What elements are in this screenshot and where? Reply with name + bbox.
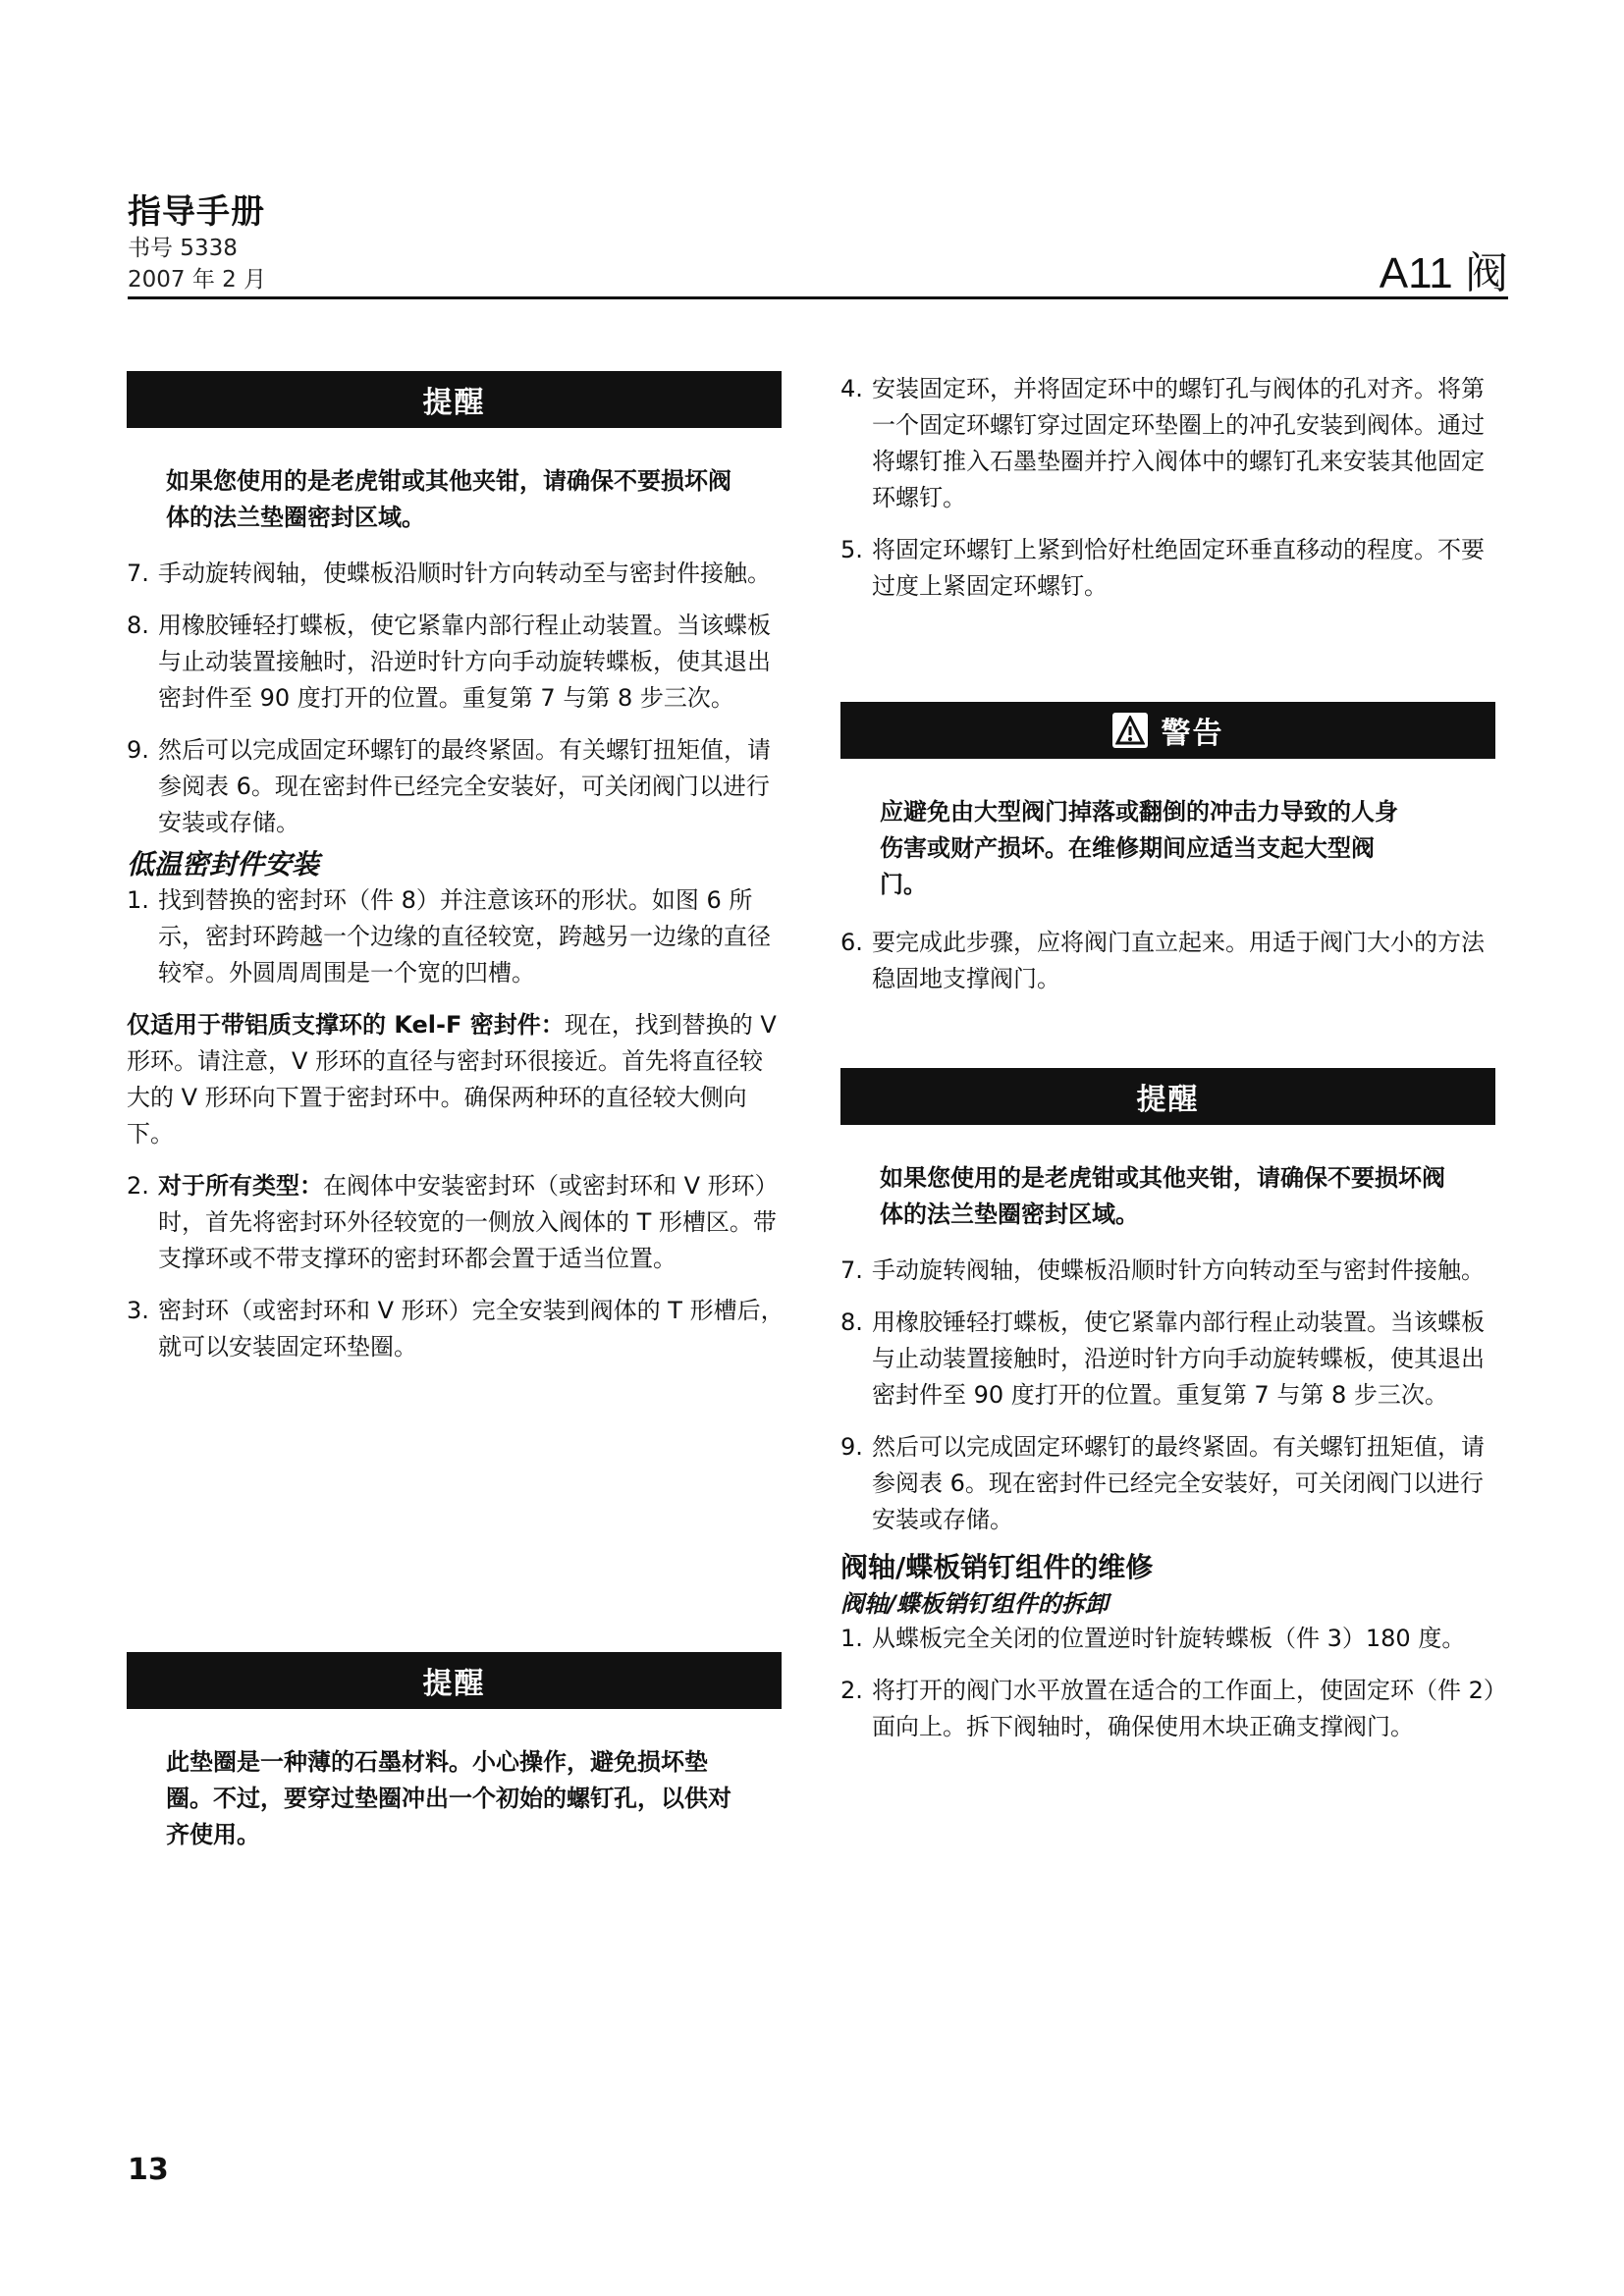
- step-item: 4.安装固定环，并将固定环中的螺钉孔与阀体的孔对齐。将第一个固定环螺钉穿过固定环…: [840, 371, 1498, 516]
- notice-text: 如果您使用的是老虎钳或其他夹钳，请确保不要损坏阀体的法兰垫圈密封区域。: [840, 1160, 1498, 1233]
- warning-banner: 警告: [840, 702, 1495, 759]
- book-number: 书号 5338: [128, 230, 238, 262]
- step-item: 1.从蝶板完全关闭的位置逆时针旋转蝶板（件 3）180 度。: [840, 1621, 1498, 1657]
- page-number: 13: [128, 2153, 169, 2187]
- warning-text: 应避免由大型阀门掉落或翻倒的冲击力导致的人身伤害或财产损坏。在维修期间应适当支起…: [840, 794, 1498, 903]
- step-item: 8.用橡胶锤轻打蝶板，使它紧靠内部行程止动装置。当该蝶板与止动装置接触时，沿逆时…: [840, 1305, 1498, 1414]
- step-item: 1.找到替换的密封环（件 8）并注意该环的形状。如图 6 所示，密封环跨越一个边…: [127, 882, 785, 991]
- warning-label: 警告: [1162, 709, 1224, 752]
- step-item: 9.然后可以完成固定环螺钉的最终紧固。有关螺钉扭矩值，请参阅表 6。现在密封件已…: [840, 1429, 1498, 1538]
- product-name: A11 阀: [1380, 238, 1508, 300]
- step-item: 2.将打开的阀门水平放置在适合的工作面上，使固定环（件 2）面向上。拆下阀轴时，…: [840, 1673, 1498, 1745]
- manual-title: 指导手册: [128, 185, 265, 233]
- step-item: 7.手动旋转阀轴，使蝶板沿顺时针方向转动至与密封件接触。: [840, 1253, 1498, 1289]
- step-item: 5.将固定环螺钉上紧到恰好杜绝固定环垂直移动的程度。不要过度上紧固定环螺钉。: [840, 532, 1498, 605]
- notice-label: 提醒: [1137, 1075, 1200, 1118]
- section-heading: 低温密封件安装: [127, 847, 785, 882]
- notice-text: 如果您使用的是老虎钳或其他夹钳，请确保不要损坏阀体的法兰垫圈密封区域。: [127, 463, 785, 536]
- step-item: 3.密封环（或密封环和 V 形环）完全安装到阀体的 T 形槽后，就可以安装固定环…: [127, 1293, 785, 1365]
- notice-banner: 提醒: [127, 1652, 782, 1709]
- notice-label: 提醒: [423, 378, 486, 421]
- right-column-bottom: 提醒 如果您使用的是老虎钳或其他夹钳，请确保不要损坏阀体的法兰垫圈密封区域。 7…: [840, 1068, 1498, 1761]
- right-column-top: 4.安装固定环，并将固定环中的螺钉孔与阀体的孔对齐。将第一个固定环螺钉穿过固定环…: [840, 371, 1498, 620]
- step-item: 7.手动旋转阀轴，使蝶板沿顺时针方向转动至与密封件接触。: [127, 556, 785, 592]
- step-item: 8.用橡胶锤轻打蝶板，使它紧靠内部行程止动装置。当该蝶板与止动装置接触时，沿逆时…: [127, 608, 785, 717]
- step-item: 9.然后可以完成固定环螺钉的最终紧固。有关螺钉扭矩值，请参阅表 6。现在密封件已…: [127, 732, 785, 841]
- left-notice-2: 提醒 此垫圈是一种薄的石墨材料。小心操作，避免损坏垫圈。不过，要穿过垫圈冲出一个…: [127, 1652, 785, 1853]
- step-item: 2.对于所有类型：在阀体中安装密封环（或密封环和 V 形环）时，首先将密封环外径…: [127, 1168, 785, 1277]
- kelf-paragraph: 仅适用于带铝质支撑环的 Kel-F 密封件：现在，找到替换的 V 形环。请注意，…: [127, 1007, 785, 1152]
- sub-heading: 阀轴/蝶板销钉组件的拆卸: [840, 1587, 1498, 1621]
- section-heading: 阀轴/蝶板销钉组件的维修: [840, 1548, 1498, 1587]
- warning-block: 警告 应避免由大型阀门掉落或翻倒的冲击力导致的人身伤害或财产损坏。在维修期间应适…: [840, 702, 1498, 1013]
- notice-banner: 提醒: [840, 1068, 1495, 1125]
- left-column: 提醒 如果您使用的是老虎钳或其他夹钳，请确保不要损坏阀体的法兰垫圈密封区域。 7…: [127, 371, 785, 1381]
- notice-text: 此垫圈是一种薄的石墨材料。小心操作，避免损坏垫圈。不过，要穿过垫圈冲出一个初始的…: [127, 1744, 785, 1853]
- notice-label: 提醒: [423, 1659, 486, 1702]
- step-item: 6.要完成此步骤，应将阀门直立起来。用适于阀门大小的方法稳固地支撑阀门。: [840, 925, 1498, 997]
- header-rule: [128, 296, 1508, 299]
- publication-date: 2007 年 2 月: [128, 261, 266, 294]
- notice-banner: 提醒: [127, 371, 782, 428]
- warning-triangle-icon: [1112, 713, 1148, 748]
